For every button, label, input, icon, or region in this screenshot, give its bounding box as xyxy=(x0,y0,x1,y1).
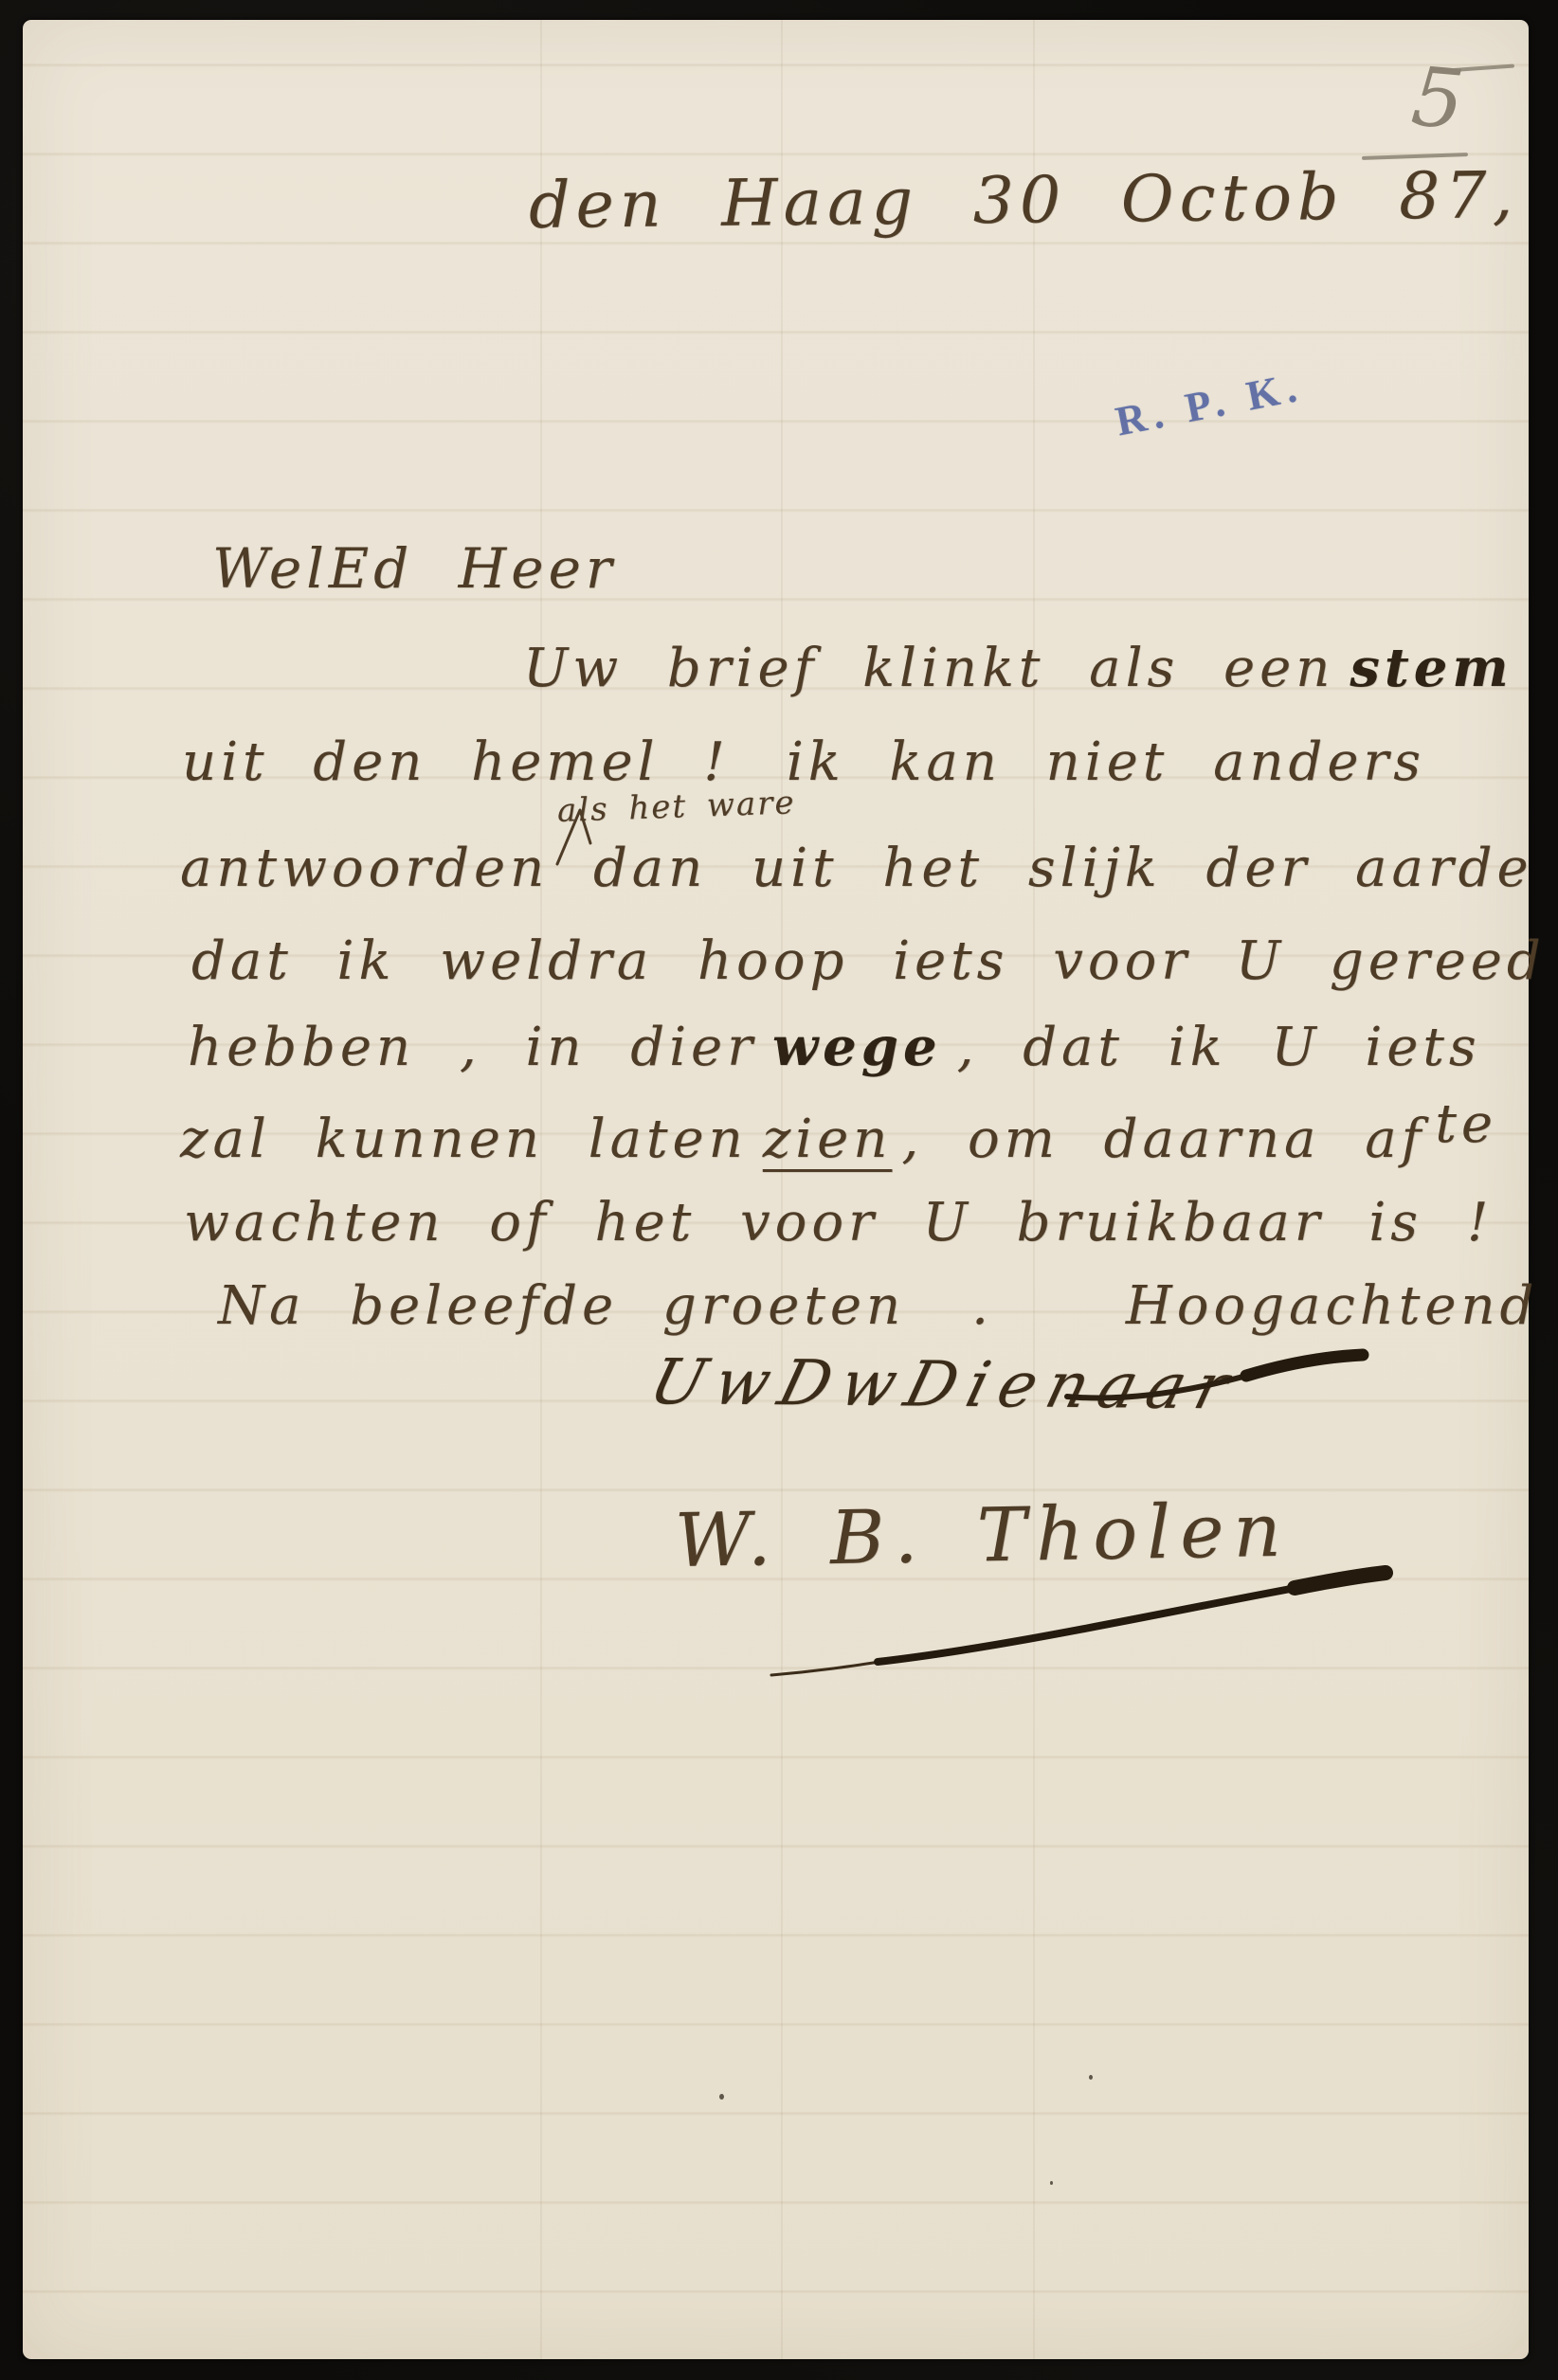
body-line: Na beleefde groeten.Hoogachtend xyxy=(218,1275,1538,1337)
body-line: antwoorden dan uit het slijk der aarde , xyxy=(180,838,1558,899)
dateline: den Haag 30 Octob 87, xyxy=(529,158,1519,243)
body-text-underlined: zien xyxy=(763,1109,893,1170)
body-text: Na beleefde groeten xyxy=(218,1275,905,1337)
body-line: dat ik weldra hoop iets voor U gereed te xyxy=(191,930,1558,992)
body-text: zal kunnen laten xyxy=(180,1109,748,1170)
body-text: uit den hemel ! xyxy=(182,731,730,793)
body-text: , om daarna af xyxy=(901,1109,1425,1170)
body-text: ik kan niet anders xyxy=(787,731,1425,793)
salutation: WelEd Heer xyxy=(212,536,617,601)
closing-word: Hoogachtend xyxy=(1126,1275,1539,1337)
body-line: uit den hemel !ik kan niet anders xyxy=(182,731,1425,793)
ruled-lines xyxy=(23,20,1529,2359)
body-text: . xyxy=(971,1275,993,1337)
fold-crease xyxy=(1033,20,1035,2359)
signature-flourish xyxy=(764,1556,1427,1693)
fold-crease xyxy=(781,20,783,2359)
fold-crease xyxy=(540,20,542,2359)
body-text-emphasis: stem xyxy=(1350,637,1513,699)
body-text: , dat ik U iets xyxy=(957,1017,1481,1078)
letter-sheet xyxy=(23,20,1529,2359)
paper-speck xyxy=(719,2094,724,2100)
body-text: Uw brief klinkt als een xyxy=(523,638,1334,699)
page-number: 5 xyxy=(1408,49,1473,149)
closing-flourish xyxy=(1061,1338,1374,1418)
paper-speck xyxy=(1089,2075,1093,2080)
body-line: hebben , in dierwege, dat ik U iets xyxy=(188,1016,1481,1078)
paper-speck xyxy=(1050,2181,1053,2185)
body-line: Uw brief klinkt als eenstem xyxy=(523,637,1513,699)
body-line: wachten of het voor U bruikbaar is ! xyxy=(184,1192,1493,1253)
body-line: zal kunnen latenzien, om daarna afte xyxy=(180,1109,1497,1170)
body-text: hebben , in dier xyxy=(188,1017,757,1078)
body-text-emphasis: wege xyxy=(772,1016,942,1078)
body-text-superscript: te xyxy=(1435,1093,1497,1155)
